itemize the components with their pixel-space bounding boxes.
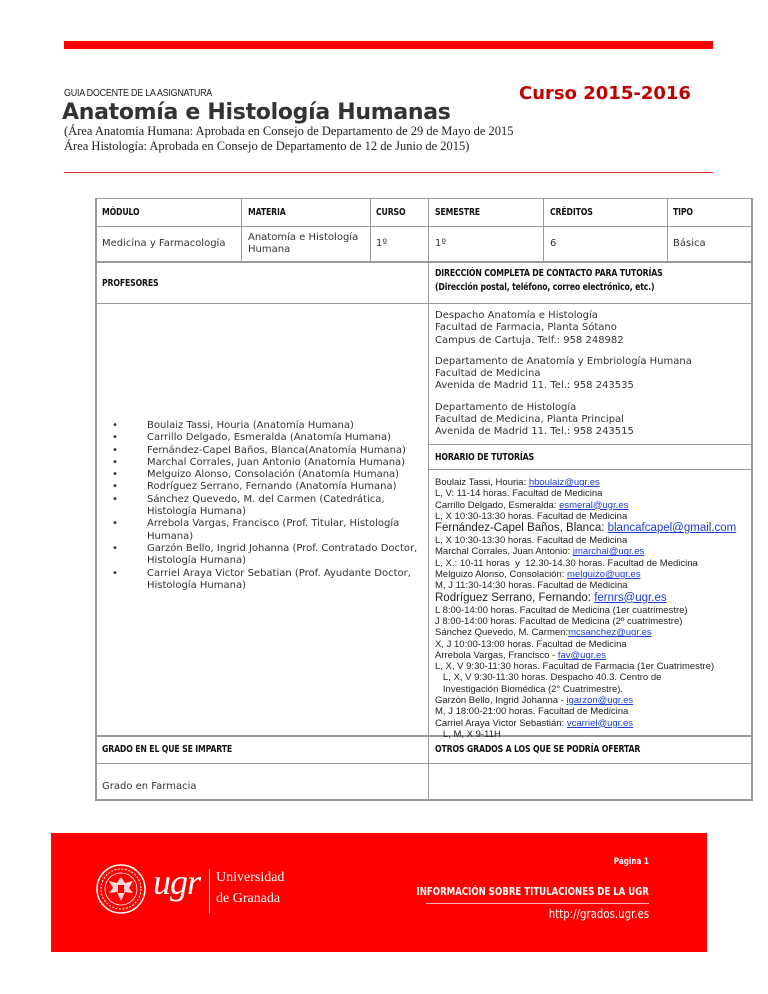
title-divider (64, 172, 713, 173)
tutor-name: Sánchez Quevedo, M. Carmen: (435, 627, 568, 638)
tutor-name: Garzón Bello, Ingrid Johanna - (435, 695, 567, 706)
curso-label: Curso 2015-2016 (519, 83, 691, 104)
col-header-curso: CURSO (376, 207, 405, 218)
address-line: Facultad de Farmacia, Planta Sótano (435, 322, 747, 334)
bullet-icon: • (112, 481, 118, 493)
bullet-icon: • (112, 432, 118, 444)
tutor-name: Arrebola Vargas, Francisco - (435, 650, 558, 661)
profesor-item: •Fernández-Capel Baños, Blanca(Anatomía … (97, 445, 427, 457)
address-line: Avenida de Madrid 11. Tel.: 958 243535 (435, 380, 747, 392)
cell-curso: 1º (376, 238, 387, 250)
profesor-item: •Carriel Araya Victor Sebatian (Prof. Ay… (97, 568, 427, 593)
tutoria-schedule-line: M, J 18:00-21:00 horas. Facultad de Medi… (435, 706, 749, 717)
bullet-icon: • (112, 543, 118, 555)
bullet-icon: • (112, 457, 118, 469)
tutoria-name-line: Marchal Corrales, Juan Antonio: jmarchal… (435, 546, 749, 557)
profesor-name: Boulaiz Tassi, Houria (Anatomía Humana) (147, 420, 354, 431)
address-line: Campus de Cartuja. Telf.: 958 248982 (435, 335, 747, 347)
tutor-email-link[interactable]: jmarchal@ugr.es (573, 546, 644, 557)
footer-banner: ugr Universidad de Granada Página 1 INFO… (51, 833, 707, 952)
tutoria-schedule-line: L, X.: 10-11 horas y 12.30-14.30 horas. … (435, 558, 749, 569)
footer-info-title: INFORMACIÓN SOBRE TITULACIONES DE LA UGR (417, 885, 649, 898)
bullet-icon: • (112, 494, 118, 506)
ugr-logotype: ugr (153, 861, 200, 903)
bullet-icon: • (112, 420, 118, 432)
contact-address-block: Despacho Anatomía e HistologíaFacultad d… (435, 310, 747, 347)
cell-tipo: Básica (673, 238, 706, 250)
tutoria-name-line: Carrillo Delgado, Esmeralda: esmeral@ugr… (435, 500, 749, 511)
approval-line: Área Histología: Aprobada en Consejo de … (64, 139, 514, 154)
tutor-name: Boulaiz Tassi, Houria: (435, 477, 529, 488)
tutor-email-link[interactable]: blancafcapel@gmail.com (608, 522, 737, 534)
university-name-line2: de Granada (216, 891, 280, 907)
profesor-item: •Marchal Corrales, Juan Antonio (Anatomí… (97, 457, 427, 469)
tutor-name: Carriel Araya Victor Sebastián: (435, 718, 567, 729)
tutoria-schedule-line: L, M, X 9-11H (435, 729, 749, 740)
col-header-creditos: CRÉDITOS (550, 207, 593, 218)
address-line: Despacho Anatomía e Histología (435, 310, 747, 322)
address-line: Avenida de Madrid 11. Tel.: 958 243515 (435, 426, 747, 438)
tutoria-schedule-line: Investigación Biomédica (2° Cuatrimestre… (435, 684, 749, 695)
tutorias-heading: HORARIO DE TUTORÍAS (435, 452, 534, 463)
contact-addresses: Despacho Anatomía e HistologíaFacultad d… (435, 310, 747, 448)
tutoria-schedule-line: L, X 10:30-13:30 horas. Facultad de Medi… (435, 511, 749, 522)
tutor-email-link[interactable]: mcsanchez@ugr.es (568, 627, 652, 638)
profesores-list: •Boulaiz Tassi, Houria (Anatomía Humana)… (97, 420, 427, 592)
profesor-name: Melguizo Alonso, Consolación (Anatomía H… (147, 469, 399, 480)
bullet-icon: • (112, 469, 118, 481)
col-header-semestre: SEMESTRE (435, 207, 480, 218)
profesor-item: •Rodríguez Serrano, Fernando (Anatomía H… (97, 481, 427, 493)
logo-separator (209, 869, 210, 913)
contacto-heading: DIRECCIÓN COMPLETA DE CONTACTO PARA TUTO… (435, 268, 663, 279)
tutoria-name-line: Sánchez Quevedo, M. Carmen:mcsanchez@ugr… (435, 627, 749, 638)
profesores-heading: PROFESORES (102, 278, 159, 289)
tutoria-schedule-line: L, X, V 9:30-11:30 horas. Facultad de Fa… (435, 661, 749, 672)
tutor-email-link[interactable]: esmeral@ugr.es (559, 500, 628, 511)
tutor-name: Carrillo Delgado, Esmeralda: (435, 500, 559, 511)
tutor-email-link[interactable]: fav@ugr.es (558, 650, 606, 661)
col-header-materia: MATERIA (248, 207, 286, 218)
profesor-name: Carrillo Delgado, Esmeralda (Anatomía Hu… (147, 432, 391, 443)
profesor-name: Carriel Araya Victor Sebatian (Prof. Ayu… (147, 568, 411, 591)
tutor-name: Fernández-Capel Baños, Blanca: (435, 522, 608, 534)
tutor-email-link[interactable]: vcarriel@ugr.es (567, 718, 633, 729)
tutoria-name-line: Rodríguez Serrano, Fernando: fernrs@ugr.… (435, 592, 749, 605)
tutoria-name-line: Arrebola Vargas, Francisco - fav@ugr.es (435, 650, 749, 661)
grado-imparte-value: Grado en Farmacia (102, 781, 196, 793)
tutor-name: Rodríguez Serrano, Fernando: (435, 592, 594, 604)
tutoria-schedule-line: L, X 10:30-13:30 horas. Facultad de Medi… (435, 535, 749, 546)
address-line: Facultad de Medicina (435, 368, 747, 380)
address-line: Departamento de Histología (435, 402, 747, 414)
tutoria-schedule-line: L, V: 11-14 horas. Facultad de Medicina (435, 488, 749, 499)
profesor-item: •Sánchez Quevedo, M. del Carmen (Catedrá… (97, 494, 427, 519)
page-title: Anatomía e Histología Humanas (62, 100, 451, 125)
tutor-email-link[interactable]: hboulaiz@ugr.es (529, 477, 600, 488)
page-number: Página 1 (614, 857, 649, 867)
profesor-item: •Carrillo Delgado, Esmeralda (Anatomía H… (97, 432, 427, 444)
tutoria-schedule-line: X, J 10:00-13:00 horas. Facultad de Medi… (435, 639, 749, 650)
cell-modulo: Medicina y Farmacología (102, 238, 225, 250)
university-name-line1: Universidad (216, 870, 284, 886)
contacto-subheading: (Dirección postal, teléfono, correo elec… (435, 282, 654, 293)
bullet-icon: • (112, 568, 118, 580)
tutor-email-link[interactable]: melguizo@ugr.es (567, 569, 641, 580)
tutor-email-link[interactable]: igarzon@ugr.es (567, 695, 634, 706)
profesor-name: Marchal Corrales, Juan Antonio (Anatomía… (147, 457, 405, 468)
tutoria-name-line: Fernández-Capel Baños, Blanca: blancafca… (435, 522, 749, 535)
cell-creditos: 6 (550, 238, 556, 250)
tutoria-schedule-line: J 8:00-14:00 horas. Facultad de Medicina… (435, 616, 749, 627)
tutorias-schedule: Boulaiz Tassi, Houria: hboulaiz@ugr.esL,… (435, 477, 749, 740)
approval-line: (Área Anatomía Humana: Aprobada en Conse… (64, 124, 514, 139)
tutoria-name-line: Melguizo Alonso, Consolación: melguizo@u… (435, 569, 749, 580)
profesor-item: •Melguizo Alonso, Consolación (Anatomía … (97, 469, 427, 481)
tutoria-name-line: Carriel Araya Victor Sebastián: vcarriel… (435, 718, 749, 729)
profesor-name: Fernández-Capel Baños, Blanca(Anatomía H… (147, 445, 406, 456)
top-red-bar (64, 41, 713, 49)
profesor-name: Rodríguez Serrano, Fernando (Anatomía Hu… (147, 481, 397, 492)
approval-note: (Área Anatomía Humana: Aprobada en Conse… (64, 124, 514, 154)
university-seal-icon (95, 863, 147, 915)
tutor-email-link[interactable]: fernrs@ugr.es (594, 592, 666, 604)
tutoria-schedule-line: L 8:00-14:00 horas. Facultad de Medicina… (435, 605, 749, 616)
guia-label: GUIA DOCENTE DE LA ASIGNATURA (64, 88, 212, 99)
footer-url-link[interactable]: http://grados.ugr.es (549, 907, 649, 921)
tutoria-name-line: Garzón Bello, Ingrid Johanna - igarzon@u… (435, 695, 749, 706)
profesor-name: Garzón Bello, Ingrid Johanna (Prof. Cont… (147, 543, 417, 566)
profesor-item: •Boulaiz Tassi, Houria (Anatomía Humana) (97, 420, 427, 432)
profesor-name: Sánchez Quevedo, M. del Carmen (Catedrát… (147, 494, 385, 517)
footer-divider (426, 903, 649, 904)
grado-imparte-heading: GRADO EN EL QUE SE IMPARTE (102, 744, 232, 755)
address-line: Facultad de Medicina, Planta Principal (435, 414, 747, 426)
contact-address-block: Departamento de HistologíaFacultad de Me… (435, 402, 747, 439)
profesor-item: •Arrebola Vargas, Francisco (Prof. Titul… (97, 518, 427, 543)
bullet-icon: • (112, 445, 118, 457)
bullet-icon: • (112, 518, 118, 530)
tutoria-schedule-line: L, X, V 9:30-11:30 horas. Despacho 40.3.… (435, 672, 749, 683)
profesor-name: Arrebola Vargas, Francisco (Prof. Titula… (147, 518, 399, 541)
tutor-name: Melguizo Alonso, Consolación: (435, 569, 567, 580)
cell-materia: Anatomía e Histología Humana (248, 232, 366, 256)
profesores-list-container: •Boulaiz Tassi, Houria (Anatomía Humana)… (97, 420, 427, 592)
otros-grados-heading: OTROS GRADOS A LOS QUE SE PODRÍA OFERTAR (435, 744, 640, 755)
contact-address-block: Departamento de Anatomía y Embriología H… (435, 356, 747, 393)
tutor-name: Marchal Corrales, Juan Antonio: (435, 546, 573, 557)
profesor-item: •Garzón Bello, Ingrid Johanna (Prof. Con… (97, 543, 427, 568)
address-line: Departamento de Anatomía y Embriología H… (435, 356, 747, 368)
tutoria-name-line: Boulaiz Tassi, Houria: hboulaiz@ugr.es (435, 477, 749, 488)
col-header-tipo: TIPO (673, 207, 693, 218)
col-header-modulo: MÓDULO (102, 207, 140, 218)
tutoria-schedule-line: M, J 11:30-14:30 horas. Facultad de Medi… (435, 580, 749, 591)
cell-semestre: 1º (435, 238, 446, 250)
